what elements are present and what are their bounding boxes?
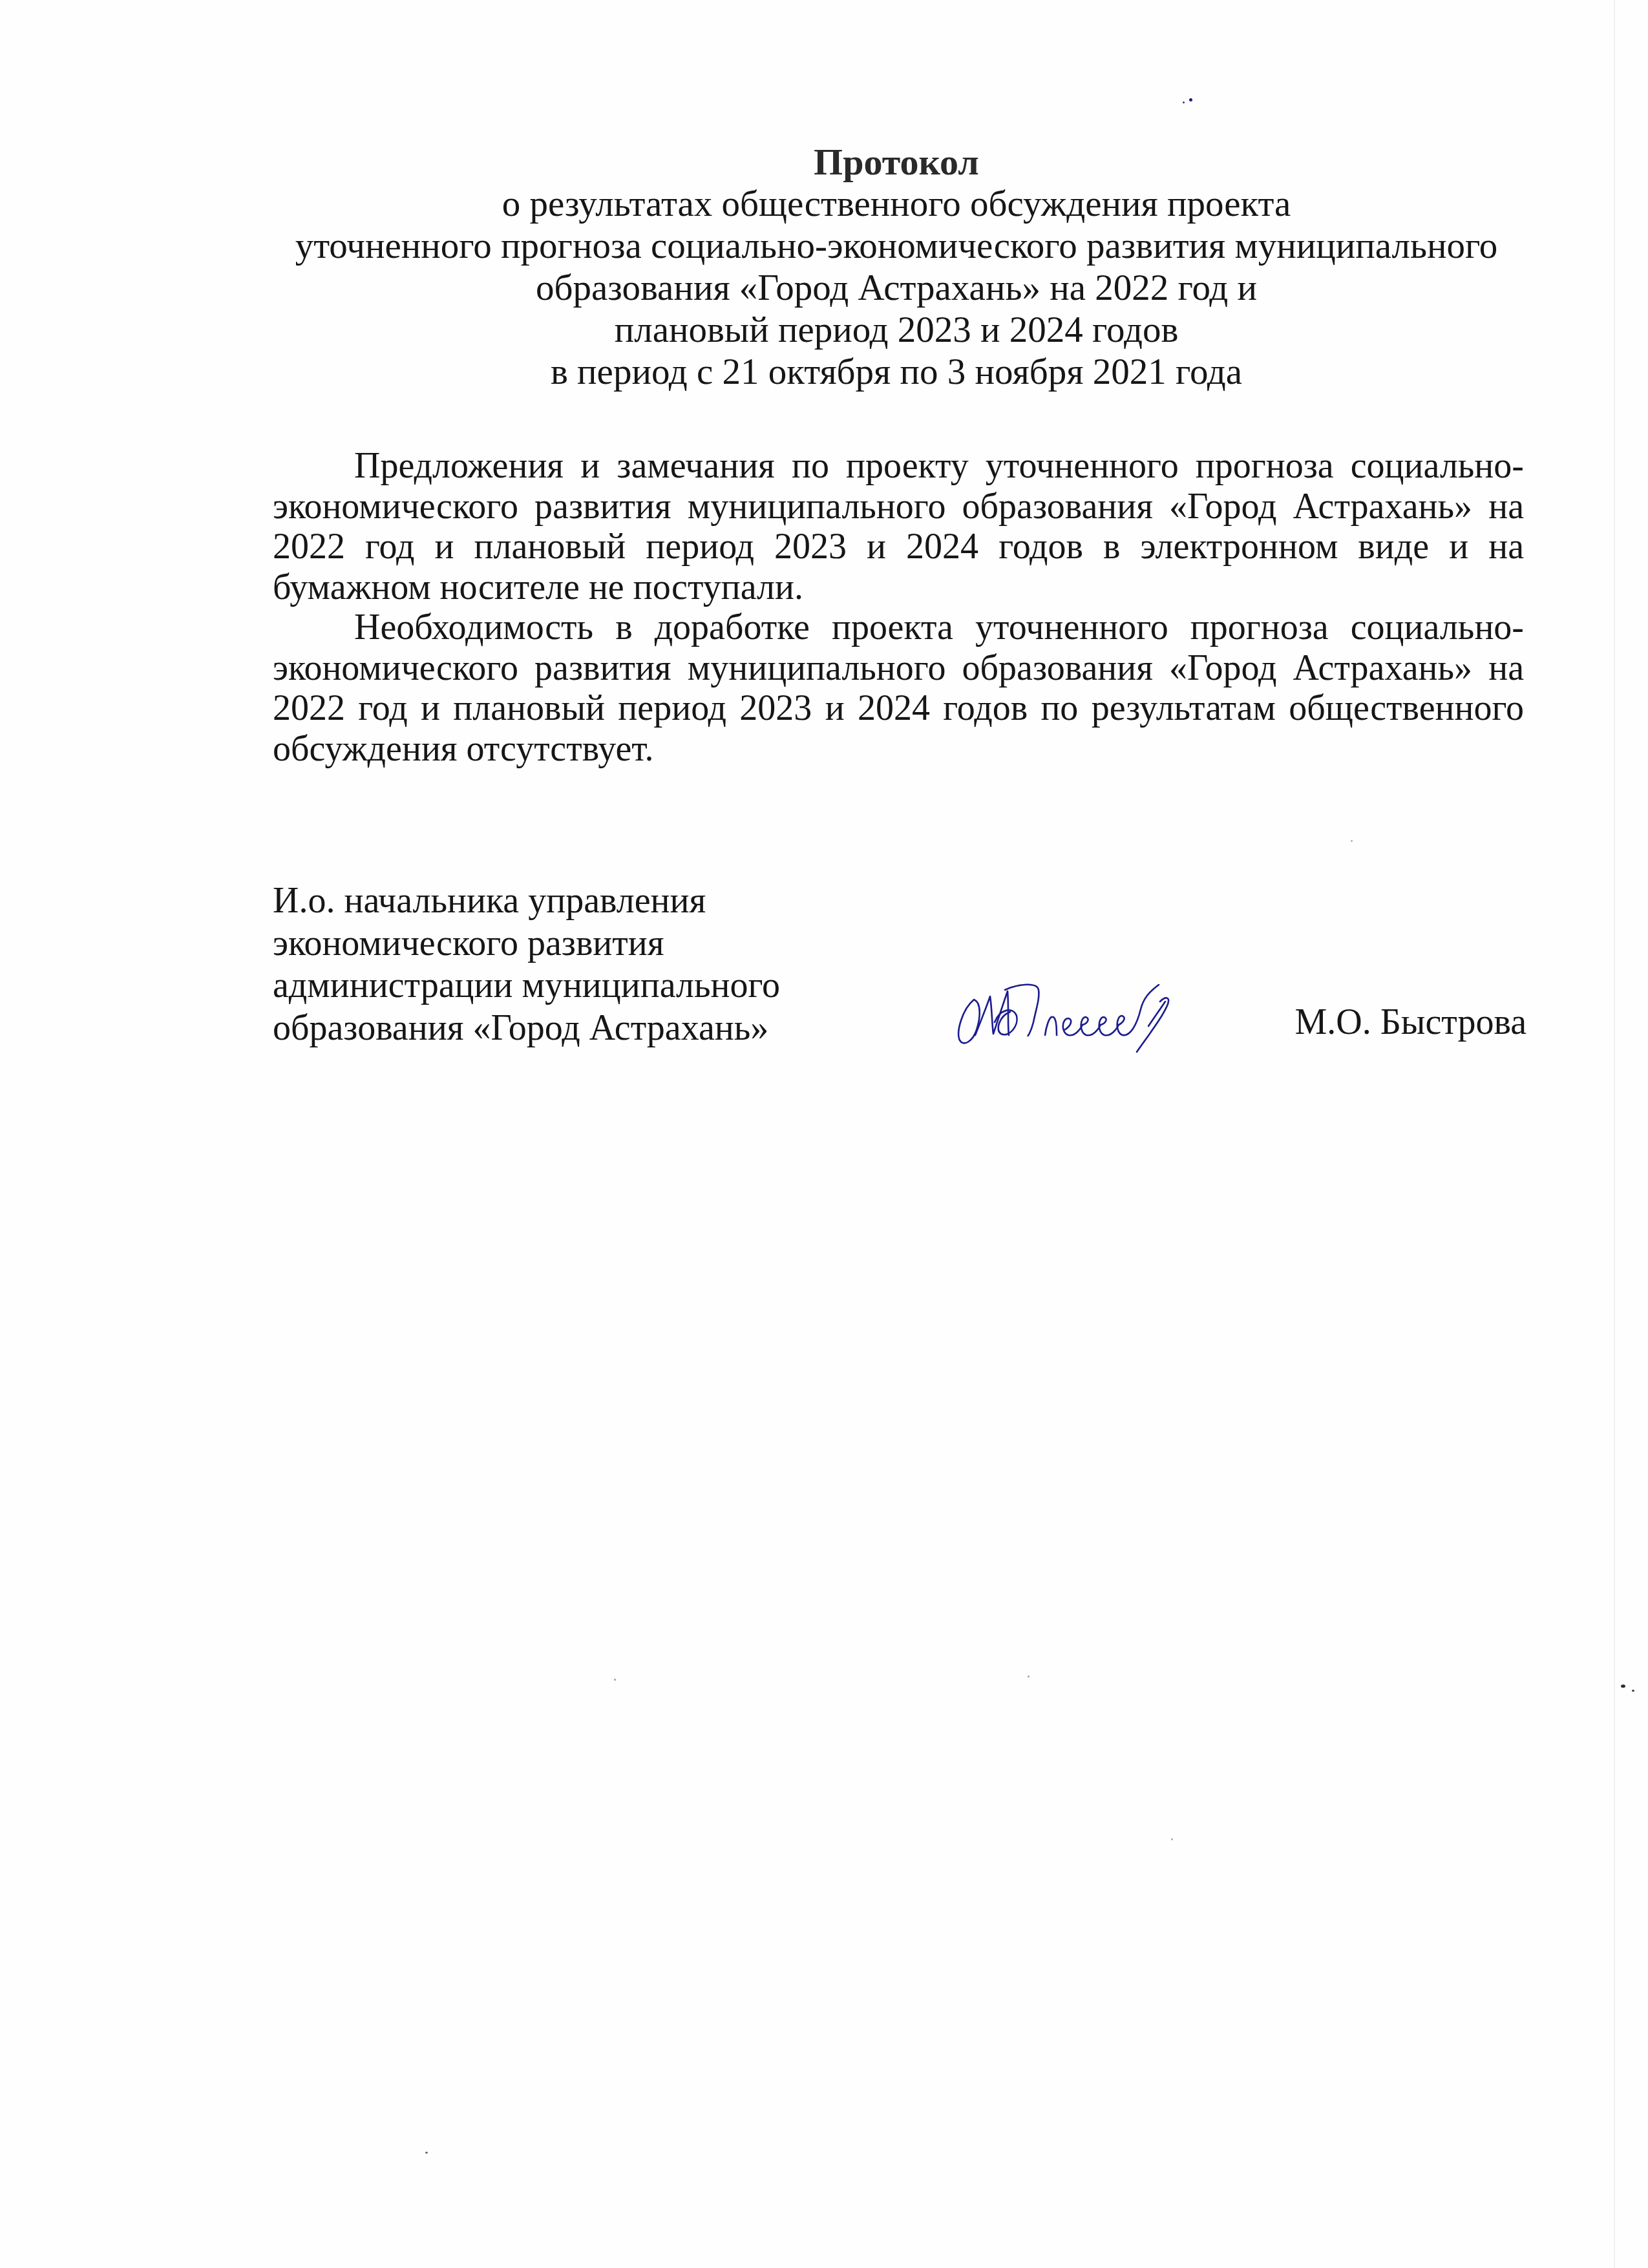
signer-position-line: экономического развития	[273, 923, 780, 965]
signer-position-line: образования «Город Астрахань»	[273, 1007, 780, 1050]
header-line: плановый период 2023 и 2024 годов	[273, 309, 1520, 351]
header-line: уточненного прогноза социально-экономиче…	[273, 225, 1520, 267]
scan-speck	[425, 2152, 428, 2154]
scan-speck	[1189, 98, 1192, 101]
scan-speck	[1351, 840, 1353, 842]
document-title: Протокол	[273, 141, 1520, 183]
scan-speck	[1028, 1675, 1030, 1677]
scan-edge-line	[1614, 0, 1615, 2268]
document-page: Протокол о результатах общественного обс…	[0, 0, 1648, 2268]
scan-speck	[1632, 1690, 1634, 1692]
signature-block: И.о. начальника управления экономическог…	[273, 880, 1527, 1074]
signer-position-line: И.о. начальника управления	[273, 880, 780, 923]
scan-speck	[614, 1679, 616, 1681]
scan-speck	[1171, 1838, 1173, 1840]
header-line: образования «Город Астрахань» на 2022 го…	[273, 267, 1520, 309]
header-line: в период с 21 октября по 3 ноября 2021 г…	[273, 351, 1520, 393]
signer-position-line: администрации муниципального	[273, 965, 780, 1007]
scan-speck	[1621, 1685, 1625, 1688]
body-paragraph: Необходимость в доработке проекта уточне…	[273, 607, 1524, 769]
scan-speck	[1183, 101, 1185, 103]
signer-position: И.о. начальника управления экономическог…	[273, 880, 780, 1049]
body-paragraph: Предложения и замечания по проекту уточн…	[273, 446, 1524, 607]
signer-name: М.О. Быстрова	[1294, 1002, 1527, 1044]
header-line: о результатах общественного обсуждения п…	[273, 183, 1520, 225]
document-header: Протокол о результатах общественного обс…	[273, 141, 1520, 393]
document-body: Предложения и замечания по проекту уточн…	[273, 446, 1524, 769]
handwritten-signature-icon	[955, 971, 1200, 1055]
